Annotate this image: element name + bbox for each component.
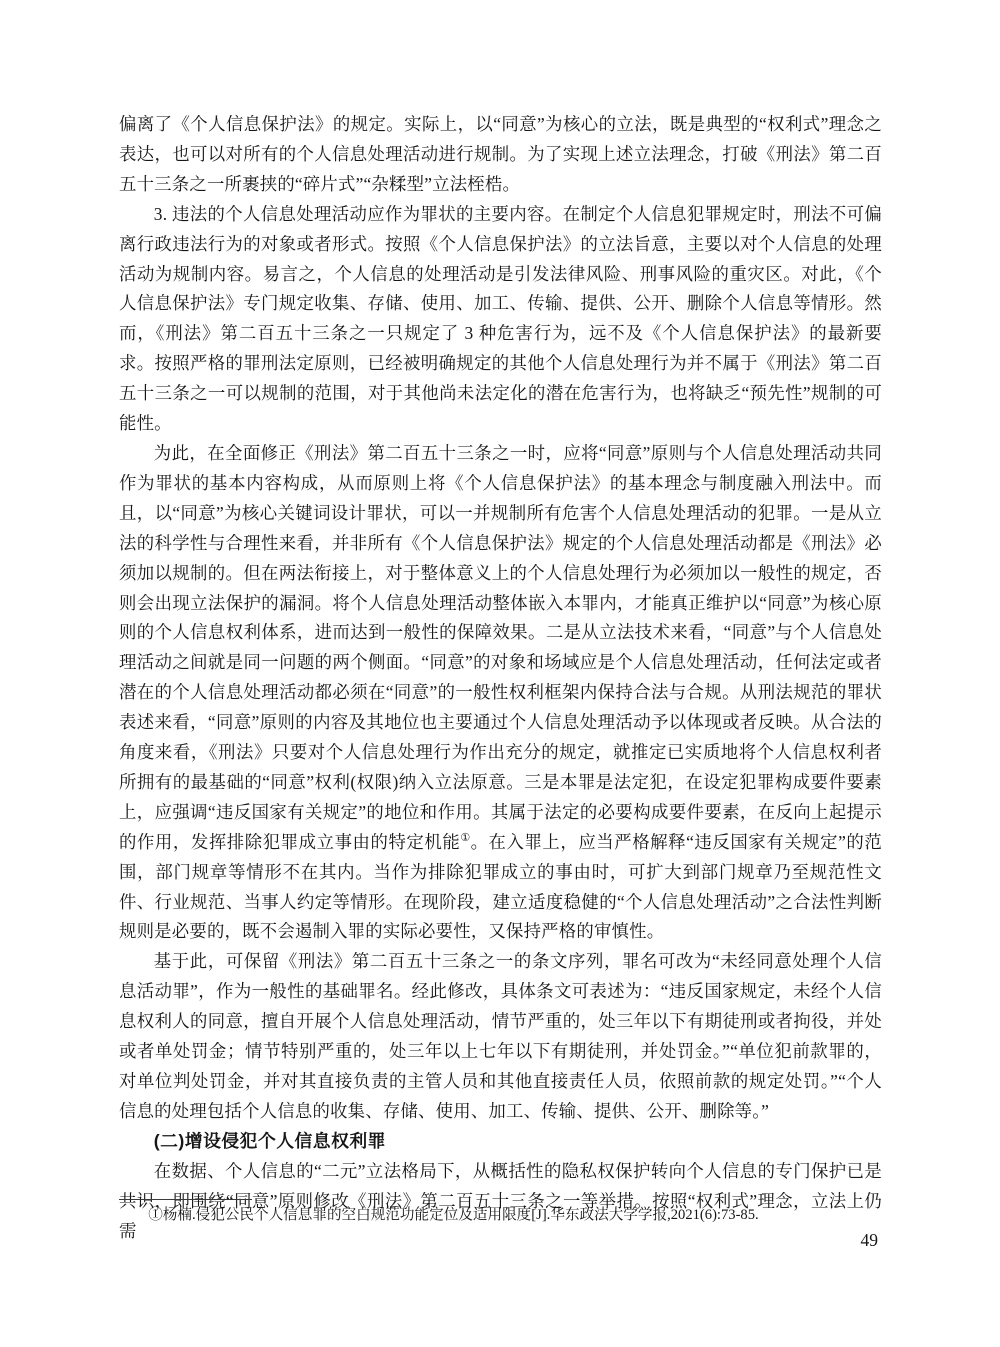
section-heading: (二)增设侵犯个人信息权利罪: [119, 1127, 882, 1157]
document-page: 偏离了《个人信息保护法》的规定。实际上，以“同意”为核心的立法，既是典型的“权利…: [0, 0, 1000, 1347]
paragraph-point-3: 3. 违法的个人信息处理活动应作为罪状的主要内容。在制定个人信息犯罪规定时，刑法…: [119, 200, 882, 439]
paragraph-proposal: 为此，在全面修正《刑法》第二百五十三条之一时，应将“同意”原则与个人信息处理活动…: [119, 439, 882, 947]
page-number: 49: [861, 1228, 879, 1252]
footnote-divider: [119, 1199, 252, 1200]
footnote-reference: ①杨楠.侵犯公民个人信息罪的空白规范功能定位及适用限度[J].华东政法大学学报,…: [119, 1204, 882, 1226]
article-body: 偏离了《个人信息保护法》的规定。实际上，以“同意”为核心的立法，既是典型的“权利…: [119, 110, 882, 1246]
paragraph-draft-provision: 基于此，可保留《刑法》第二百五十三条之一的条文序列，罪名可改为“未经同意处理个人…: [119, 947, 882, 1126]
paragraph-continued: 偏离了《个人信息保护法》的规定。实际上，以“同意”为核心的立法，既是典型的“权利…: [119, 110, 882, 200]
paragraph-section-intro: 在数据、个人信息的“二元”立法格局下，从概括性的隐私权保护转向个人信息的专门保护…: [119, 1157, 882, 1247]
